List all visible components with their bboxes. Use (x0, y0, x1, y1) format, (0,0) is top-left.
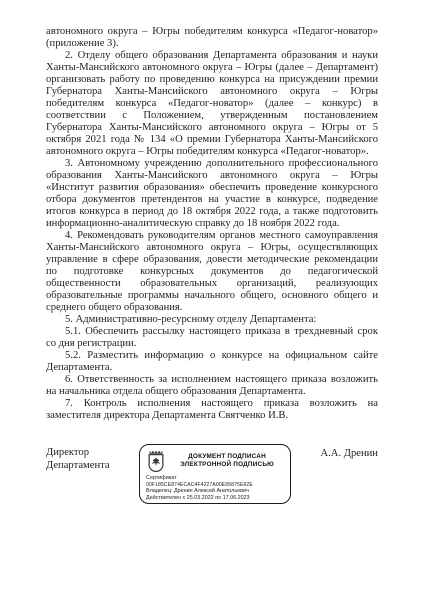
paragraph-3: 3. Автономному учреждению дополнительног… (46, 158, 378, 230)
paragraph-5: 5. Административно-ресурсному отделу Деп… (46, 314, 378, 326)
signer-position-line1: Директор (46, 446, 110, 459)
signature-block: Директор Департамента ДОКУМЕНТ ПОДПИСАН … (0, 446, 424, 504)
paragraph-continuation: автономного округа – Югры победителям ко… (46, 26, 378, 50)
certificate-owner: Владелец: Дренин Алексей Анатольевич (146, 488, 284, 495)
stamp-title-line1: ДОКУМЕНТ ПОДПИСАН (188, 453, 266, 460)
paragraph-7: 7. Контроль исполнения настоящего приказ… (46, 398, 378, 422)
signer-position-line2: Департамента (46, 459, 110, 472)
signer-name: А.А. Дренин (321, 446, 378, 460)
stamp-title: ДОКУМЕНТ ПОДПИСАН ЭЛЕКТРОННОЙ ПОДПИСЬЮ (170, 453, 284, 469)
certificate-info: Сертификат 00F185CE874ECAC4F4227A00E9587… (146, 475, 284, 501)
paragraph-6: 6. Ответственность за исполнением настоя… (46, 374, 378, 398)
paragraph-5-1: 5.1. Обеспечить рассылку настоящего прик… (46, 326, 378, 350)
paragraph-4: 4. Рекомендовать руководителям органов м… (46, 230, 378, 314)
coat-of-arms-icon (146, 449, 166, 473)
signer-position: Директор Департамента (46, 446, 110, 472)
paragraph-5-2: 5.2. Разместить информацию о конкурсе на… (46, 350, 378, 374)
certificate-validity: Действителен с 25.03.2022 по 17.06.2023 (146, 495, 284, 502)
stamp-title-line2: ЭЛЕКТРОННОЙ ПОДПИСЬЮ (180, 461, 274, 468)
document-body: автономного округа – Югры победителям ко… (0, 0, 424, 422)
paragraph-2: 2. Отделу общего образования Департамент… (46, 50, 378, 158)
esignature-stamp: ДОКУМЕНТ ПОДПИСАН ЭЛЕКТРОННОЙ ПОДПИСЬЮ С… (139, 444, 291, 504)
esignature-stamp-header: ДОКУМЕНТ ПОДПИСАН ЭЛЕКТРОННОЙ ПОДПИСЬЮ (146, 449, 284, 473)
document-page: автономного округа – Югры победителям ко… (0, 0, 424, 600)
certificate-label: Сертификат (146, 475, 284, 482)
